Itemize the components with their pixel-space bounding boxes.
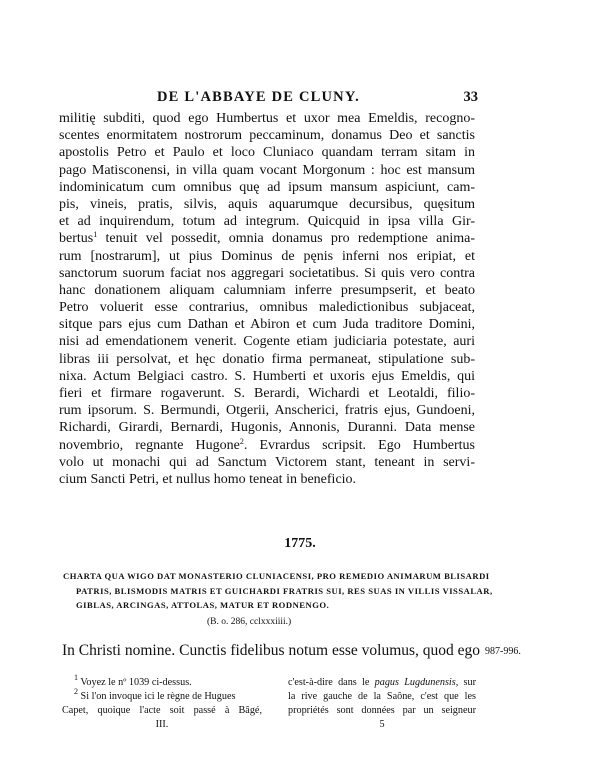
text-line: nisi ad emendationem venerit. Cogente et… (59, 333, 475, 350)
footnotes-right-column: c'est-à-dire dans le pagus Lugdunensis, … (288, 676, 476, 732)
text-line: pis, vineis, pratis, silvis, aquis aquar… (59, 196, 475, 213)
footnote-2-cont: c'est-à-dire dans le pagus Lugdunensis, … (288, 676, 476, 690)
source-citation: (B. o. 286, cclxxxiiii.) (207, 617, 291, 627)
charter-opening-line: In Christi nomine. Cunctis fidelibus not… (62, 641, 474, 661)
text-line: Richardi, Girardi, Bernardi, Hugonis, An… (59, 419, 475, 436)
text-line: nixa. Actum Belgiaci castro. S. Humberti… (59, 368, 475, 385)
text-line: militię subditi, quod ego Humbertus et u… (59, 110, 475, 127)
signature-number: 5 (288, 718, 476, 732)
text-line: pago Matisconensi, in villa quam vocant … (59, 162, 475, 179)
text-line: rum ipsorum. S. Bermundi, Otgerii, Ansch… (59, 402, 475, 419)
footnote-mark: 1 (74, 673, 78, 682)
margin-date: 987-996. (485, 646, 521, 657)
footnote-2-cont: propriétés sont données par un seigneur (288, 704, 476, 718)
footnote-2-cont: la rive gauche de la Saône, c'est que le… (288, 690, 476, 704)
text-fragment: . (244, 438, 248, 453)
text-line: indominicatum cum omnibus quę ad ipsum m… (59, 179, 475, 196)
text-line: sitque pars ejus cum Dathan et Abiron et… (59, 316, 475, 333)
charter-number: 1775. (0, 536, 600, 552)
text-line: scentes enormitatem nostrorum peccaminum… (59, 127, 475, 144)
charter-summary: CHARTA QUA WIGO DAT MONASTERIO CLUNIACEN… (63, 569, 471, 613)
running-head: DE L'ABBAYE DE CLUNY. 33 (62, 89, 476, 109)
signature-mark: III. (62, 718, 262, 732)
page-number: 33 (464, 89, 479, 106)
footnote-italic: pagus Lugdunensis (375, 677, 456, 688)
text-line: bertus1 tenuit vel possedit, omnia donam… (59, 230, 475, 247)
footnote-text: Voyez le nº 1039 ci-dessus. (80, 677, 191, 688)
text-line: volo ut monachi qui ad Sanctum Victorem … (59, 454, 475, 471)
footnote-1: 1 Voyez le nº 1039 ci-dessus. (62, 676, 262, 690)
text-fragment: tenuit vel possedit, omnia donamus pro r… (106, 231, 475, 246)
charter-body-text: militię subditi, quod ego Humbertus et u… (59, 110, 475, 488)
footnote-text: Si l'on invoque ici le règne de Hugues (81, 691, 236, 702)
text-line: sanctorum suorum faciat nos aggregari so… (59, 265, 475, 282)
text-line: apostolis Petro et Paulo et loco Cluniac… (59, 144, 475, 161)
text-fragment: novembrio, regnante Hugone (59, 438, 240, 453)
text-line: rum [nostrarum], ut pius Dominus de pęni… (59, 248, 475, 265)
footnote-2-cont: Capet, quoique l'acte soit passé à Bâgé, (62, 704, 262, 718)
text-fragment: bertus (59, 231, 93, 246)
footnotes-left-column: 1 Voyez le nº 1039 ci-dessus. 2 Si l'on … (62, 676, 262, 732)
text-line: et ad inquirendum, totum ad integrum. Qu… (59, 213, 475, 230)
text-line: libras iii persolvat, et hęc donatio fir… (59, 351, 475, 368)
summary-line: CHARTA QUA WIGO DAT MONASTERIO CLUNIACEN… (63, 569, 471, 584)
text-line: fieri et firmare rogaverunt. S. Berardi,… (59, 385, 475, 402)
footnote-2: 2 Si l'on invoque ici le règne de Hugues (62, 690, 262, 704)
summary-line: PATRIS, BLISMODIS MATRIS ET GUICHARDI FR… (63, 584, 471, 599)
text-line: novembrio, regnante Hugone2. Evrardus sc… (59, 437, 475, 454)
running-title: DE L'ABBAYE DE CLUNY. (157, 89, 360, 106)
text-line: cium Sancti Petri, et nullus homo teneat… (59, 471, 475, 488)
book-page: DE L'ABBAYE DE CLUNY. 33 militię subditi… (0, 0, 600, 780)
text-line: hanc donationem aliquam calumniam inferr… (59, 282, 475, 299)
footnote-text: c'est-à-dire dans le (288, 677, 375, 688)
footnote-text: , sur (456, 677, 476, 688)
footnote-ref-1[interactable]: 1 (93, 230, 97, 239)
summary-line: GIBLAS, ARCINGAS, ATTOLAS, MATUR ET RODN… (63, 598, 471, 613)
text-line: Petro voluerit esse contrarius, omnibus … (59, 299, 475, 316)
footnote-mark: 2 (74, 687, 78, 696)
text-fragment: Evrardus scripsit. Ego Humbertus (259, 438, 475, 453)
